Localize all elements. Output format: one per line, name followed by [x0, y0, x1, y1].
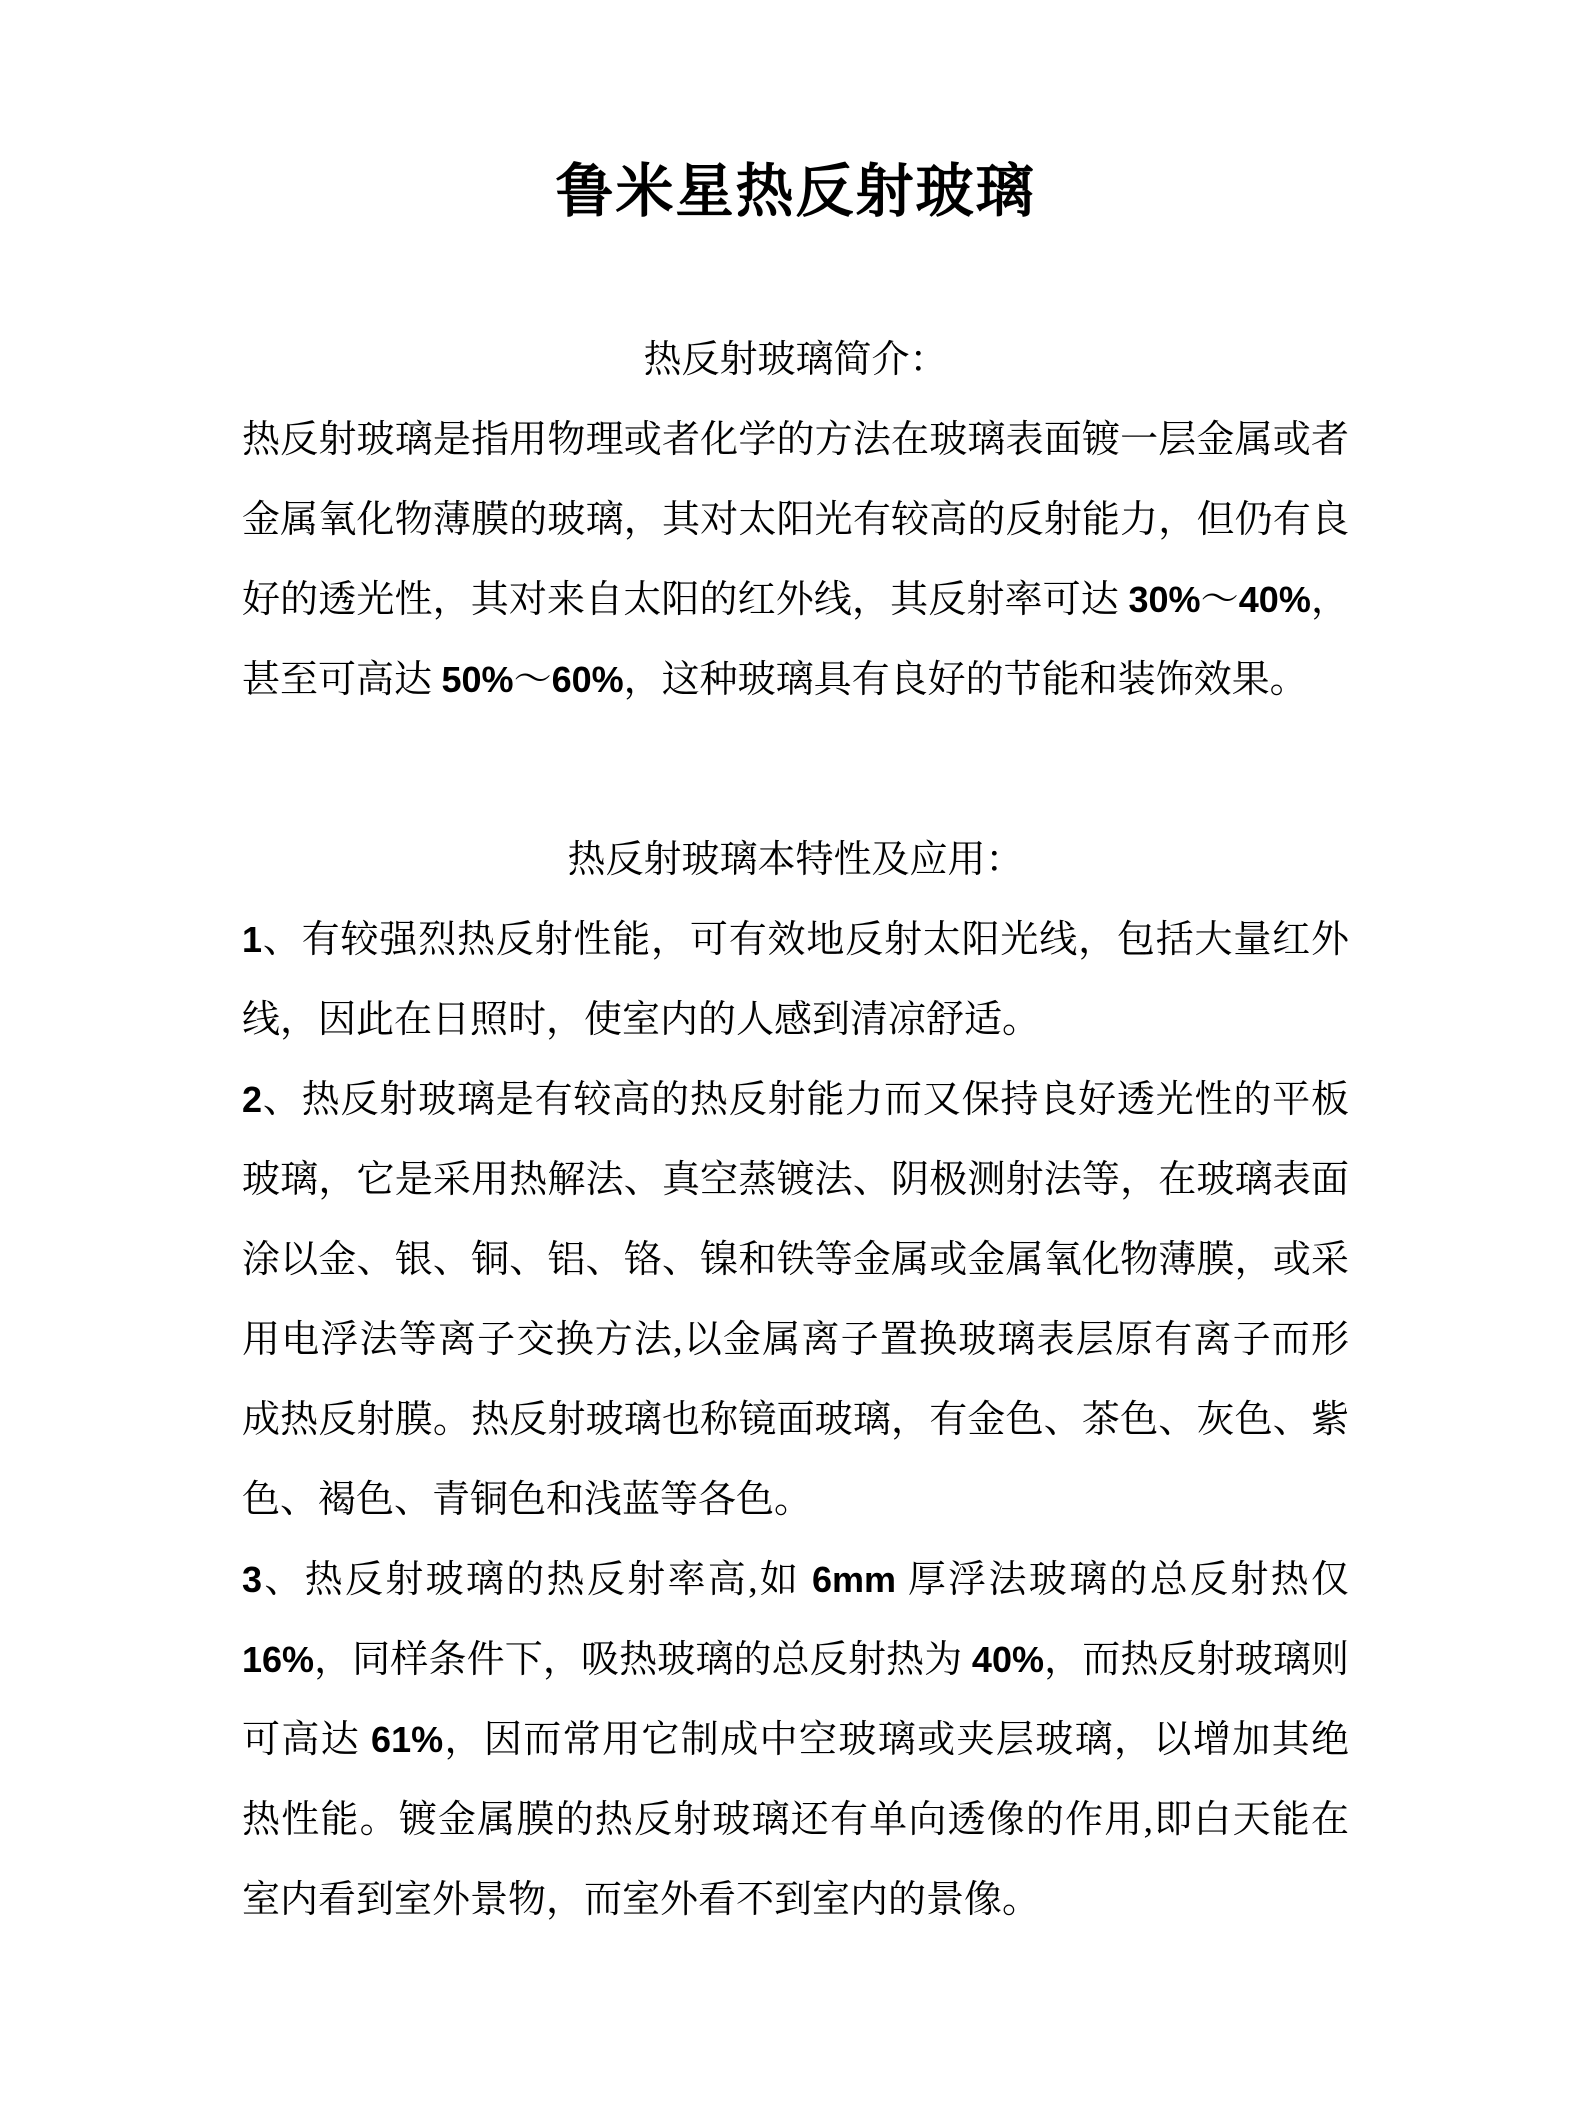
intro-paragraph: 热反射玻璃是指用物理或者化学的方法在玻璃表面镀一层金属或者金属氧化物薄膜的玻璃，… — [242, 400, 1349, 720]
features-section-heading: 热反射玻璃本特性及应用： — [242, 820, 1349, 900]
bold-text-run: 50% — [442, 659, 514, 700]
bold-text-run: 30% — [1128, 579, 1200, 620]
feature-item-2: 2、热反射玻璃是有较高的热反射能力而又保持良好透光性的平板玻璃，它是采用热解法、… — [242, 1060, 1349, 1540]
document-title: 鲁米星热反射玻璃 — [242, 150, 1349, 234]
bold-text-run: 2 — [242, 1079, 262, 1120]
text-run: 厚浮法玻璃的总反射热仅 — [896, 1559, 1349, 1601]
bold-text-run: 60% — [552, 659, 624, 700]
text-run: ，同样条件下，吸热玻璃的总反射热为 — [314, 1639, 972, 1681]
bold-text-run: 1 — [242, 919, 262, 960]
text-run: 、热反射玻璃是有较高的热反射能力而又保持良好透光性的平板玻璃，它是采用热解法、真… — [242, 1079, 1349, 1521]
bold-text-run: 6mm — [812, 1559, 896, 1600]
bold-text-run: 40% — [1239, 579, 1311, 620]
document-page: 鲁米星热反射玻璃 热反射玻璃简介： 热反射玻璃是指用物理或者化学的方法在玻璃表面… — [0, 0, 1587, 2111]
text-run: 、有较强烈热反射性能，可有效地反射太阳光线，包括大量红外线，因此在日照时，使室内… — [242, 919, 1349, 1041]
bold-text-run: 40% — [972, 1639, 1044, 1680]
bold-text-run: 61% — [371, 1719, 443, 1760]
text-run: ～ — [1201, 579, 1239, 621]
intro-section-heading: 热反射玻璃简介： — [242, 320, 1349, 400]
feature-item-3: 3、热反射玻璃的热反射率高,如 6mm 厚浮法玻璃的总反射热仅 16%，同样条件… — [242, 1540, 1349, 1940]
text-run: ～ — [514, 659, 552, 701]
text-run: ，这种玻璃具有良好的节能和装饰效果。 — [624, 659, 1308, 701]
bold-text-run: 3 — [242, 1559, 262, 1600]
bold-text-run: 16% — [242, 1639, 314, 1680]
text-run: 、热反射玻璃的热反射率高,如 — [262, 1559, 812, 1601]
feature-item-1: 1、有较强烈热反射性能，可有效地反射太阳光线，包括大量红外线，因此在日照时，使室… — [242, 900, 1349, 1060]
